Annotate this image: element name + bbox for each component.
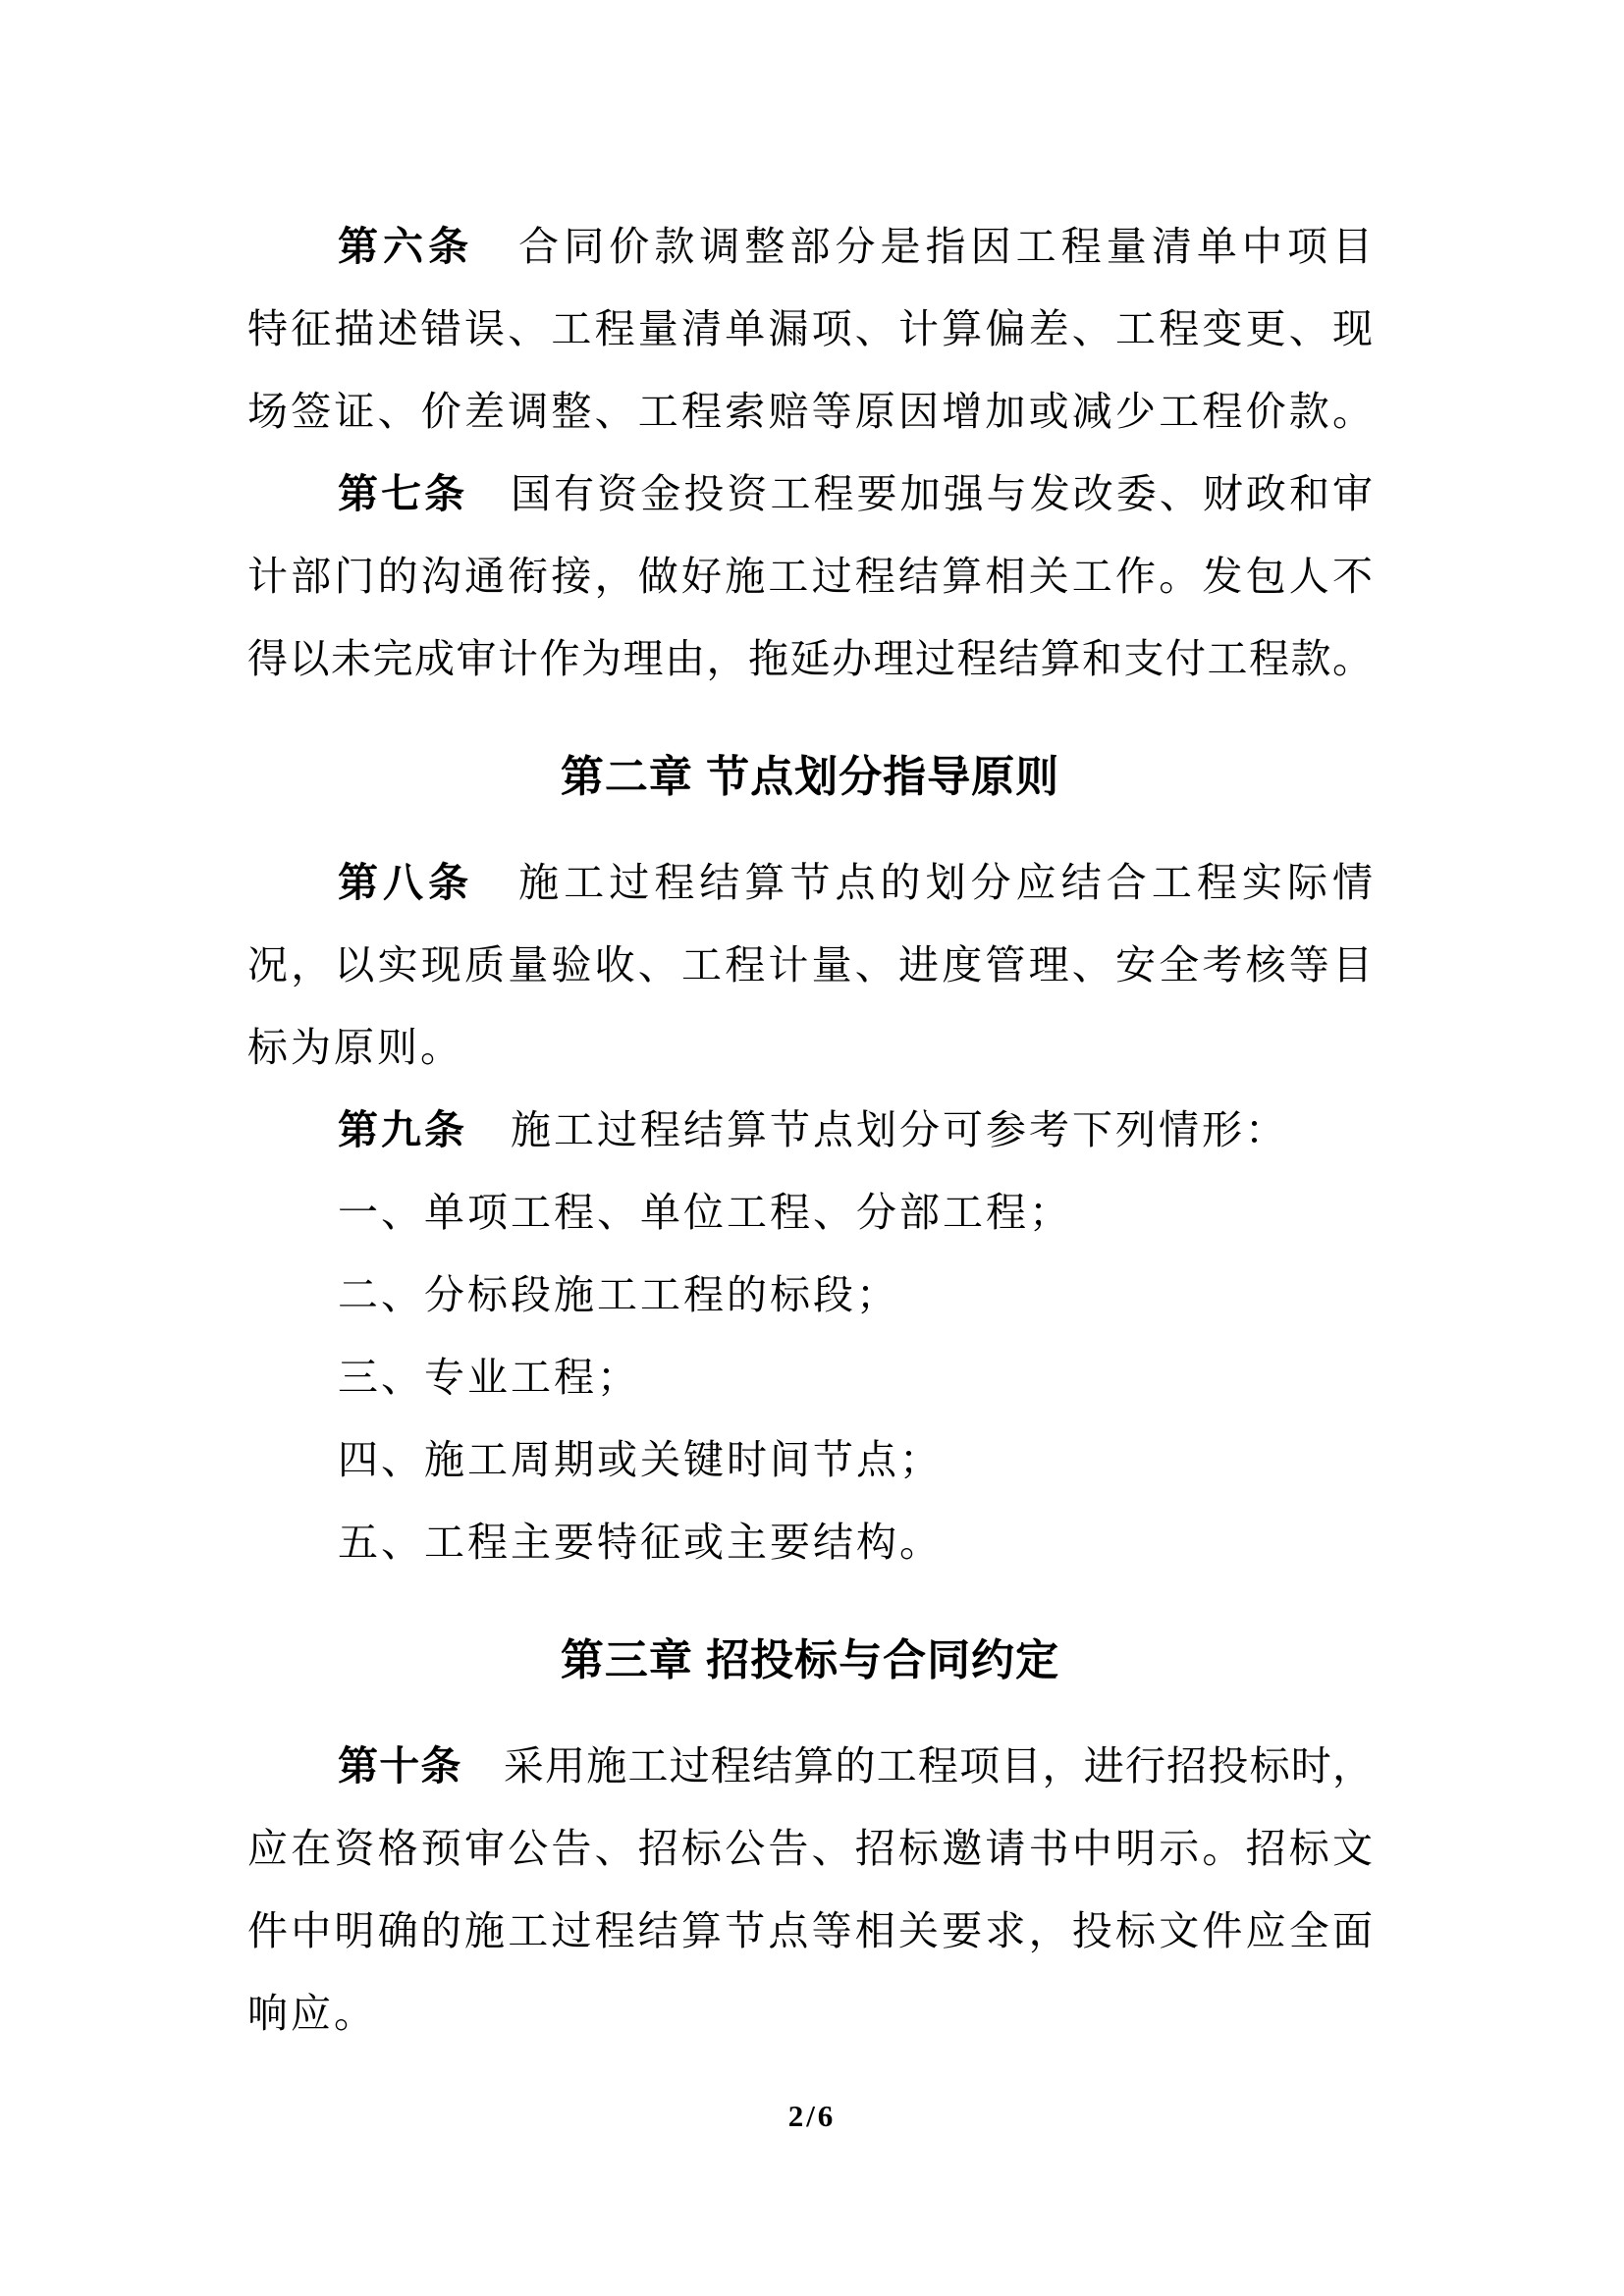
text-line: 场签证、价差调整、工程索赔等原因增加或减少工程价款。: [247, 370, 1373, 453]
line-text: 三、专业工程；: [338, 1355, 640, 1400]
chapter-heading: 第二章 节点划分指导原则: [247, 736, 1373, 819]
text-line: 应在资格预审公告、招标公告、招标邀请书中明示。招标文: [247, 1807, 1373, 1890]
line-text: 响应。: [247, 1991, 377, 2036]
text-line: 得以未完成审计作为理由，拖延办理过程结算和支付工程款。: [247, 617, 1373, 700]
text-line: 四、施工周期或关键时间节点；: [247, 1418, 1373, 1501]
text-line: 第八条 施工过程结算节点的划分应结合工程实际情: [247, 841, 1373, 924]
line-text: 采用施工过程结算的工程项目，进行招投标时，: [462, 1743, 1373, 1789]
line-text: 特征描述错误、工程量清单漏项、计算偏差、工程变更、现: [247, 306, 1373, 351]
text-line: 件中明确的施工过程结算节点等相关要求，投标文件应全面: [247, 1890, 1373, 1972]
line-text: 场签证、价差调整、工程索赔等原因增加或减少工程价款。: [247, 389, 1373, 434]
line-text: 计部门的沟通衔接，做好施工过程结算相关工作。发包人不: [247, 554, 1373, 599]
chapter-heading: 第三章 招投标与合同约定: [247, 1620, 1373, 1702]
text-line: 五、工程主要特征或主要结构。: [247, 1501, 1373, 1583]
article-number: 第七条: [338, 471, 467, 516]
text-line: 况，以实现质量验收、工程计量、进度管理、安全考核等目: [247, 924, 1373, 1006]
document-body: 第六条 合同价款调整部分是指因工程量清单中项目特征描述错误、工程量清单漏项、计算…: [247, 205, 1373, 2055]
text-line: 第七条 国有资金投资工程要加强与发改委、财政和审: [247, 453, 1373, 535]
line-text: 二、分标段施工工程的标段；: [338, 1272, 899, 1317]
line-text: 况，以实现质量验收、工程计量、进度管理、安全考核等目: [247, 942, 1373, 988]
text-line: 第十条 采用施工过程结算的工程项目，进行招投标时，: [247, 1725, 1373, 1807]
text-line: 第六条 合同价款调整部分是指因工程量清单中项目: [247, 205, 1373, 288]
text-line: 标为原则。: [247, 1006, 1373, 1089]
line-text: 得以未完成审计作为理由，拖延办理过程结算和支付工程款。: [247, 636, 1373, 681]
text-line: 特征描述错误、工程量清单漏项、计算偏差、工程变更、现: [247, 288, 1373, 370]
line-text: 一、单项工程、单位工程、分部工程；: [338, 1190, 1072, 1235]
line-text: 施工过程结算节点划分可参考下列情形：: [467, 1107, 1288, 1152]
text-line: 计部门的沟通衔接，做好施工过程结算相关工作。发包人不: [247, 535, 1373, 617]
text-line: 二、分标段施工工程的标段；: [247, 1254, 1373, 1336]
line-text: 应在资格预审公告、招标公告、招标邀请书中明示。招标文: [247, 1826, 1373, 1871]
text-line: 第九条 施工过程结算节点划分可参考下列情形：: [247, 1089, 1373, 1171]
article-number: 第九条: [338, 1107, 467, 1152]
text-line: 三、专业工程；: [247, 1336, 1373, 1418]
text-line: 响应。: [247, 1972, 1373, 2055]
line-text: 五、工程主要特征或主要结构。: [338, 1520, 943, 1565]
line-text: 施工过程结算节点的划分应结合工程实际情: [473, 860, 1373, 905]
document-page: 第六条 合同价款调整部分是指因工程量清单中项目特征描述错误、工程量清单漏项、计算…: [0, 0, 1624, 2296]
line-text: 标为原则。: [247, 1025, 463, 1070]
text-line: 一、单项工程、单位工程、分部工程；: [247, 1171, 1373, 1254]
line-text: 四、施工周期或关键时间节点；: [338, 1437, 943, 1482]
article-number: 第六条: [338, 224, 473, 269]
line-text: 合同价款调整部分是指因工程量清单中项目: [473, 224, 1373, 269]
article-number: 第十条: [338, 1743, 462, 1789]
page-number: 2/6: [0, 2097, 1624, 2136]
line-text: 件中明确的施工过程结算节点等相关要求，投标文件应全面: [247, 1908, 1373, 1953]
line-text: 国有资金投资工程要加强与发改委、财政和审: [467, 471, 1373, 516]
article-number: 第八条: [338, 860, 473, 905]
